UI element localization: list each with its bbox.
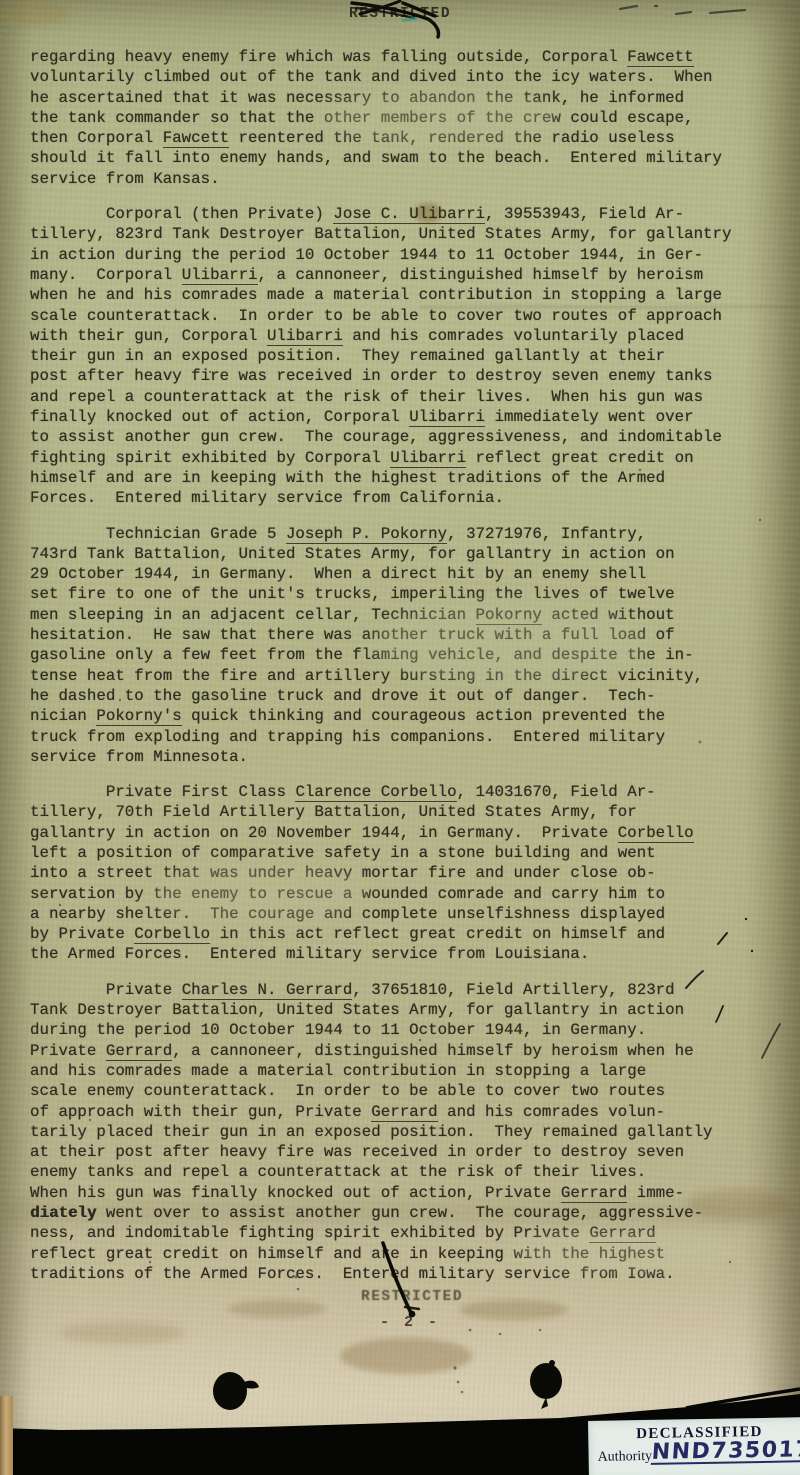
document-line: during the period 10 October 1944 to 11 …	[30, 1020, 792, 1040]
document-line: tillery, 823rd Tank Destroyer Battalion,…	[30, 224, 792, 244]
document-line: When his gun was finally knocked out of …	[30, 1183, 792, 1203]
paragraph: Technician Grade 5 Joseph P. Pokorny, 37…	[30, 524, 792, 768]
document-line: service from Minnesota.	[30, 747, 792, 767]
document-line: a nearby shelter. The courage and comple…	[30, 904, 792, 924]
paragraph: Corporal (then Private) Jose C. Ulibarri…	[30, 204, 792, 508]
document-line: at their post after heavy fire was recei…	[30, 1142, 792, 1162]
paragraph: Private Charles N. Gerrard, 37651810, Fi…	[30, 980, 792, 1284]
document-line: scale enemy counterattack. In order to b…	[30, 1081, 792, 1101]
document-line: the Armed Forces. Entered military servi…	[30, 944, 792, 964]
document-line: then Corporal Fawcett reentered the tank…	[30, 128, 792, 148]
document-line: voluntarily climbed out of the tank and …	[30, 67, 792, 87]
authority-label: Authority	[598, 1449, 653, 1465]
document-line: their gun in an exposed position. They r…	[30, 346, 792, 366]
document-line: scale counterattack. In order to be able…	[30, 306, 792, 326]
document-line: service from Kansas.	[30, 169, 792, 189]
scanned-document-page: regarding heavy enemy fire which was fal…	[0, 0, 800, 1475]
authority-number: NND735017	[651, 1440, 800, 1465]
document-line: Private Charles N. Gerrard, 37651810, Fi…	[30, 980, 792, 1000]
document-line: and his comrades made a material contrib…	[30, 1061, 792, 1081]
document-line: enemy tanks and repel a counterattack at…	[30, 1162, 792, 1182]
document-line: to assist another gun crew. The courage,…	[30, 427, 792, 447]
document-line: set fire to one of the unit's trucks, im…	[30, 584, 792, 604]
document-line: Tank Destroyer Battalion, United States …	[30, 1000, 792, 1020]
document-line: fighting spirit exhibited by Corporal Ul…	[30, 448, 792, 468]
document-line: should it fall into enemy hands, and swa…	[30, 148, 792, 168]
paragraph: regarding heavy enemy fire which was fal…	[30, 47, 792, 189]
document-line: Corporal (then Private) Jose C. Ulibarri…	[30, 204, 792, 224]
document-line: the tank commander so that the other mem…	[30, 108, 792, 128]
document-line: post after heavy fire was received in or…	[30, 366, 792, 386]
document-line: 743rd Tank Battalion, United States Army…	[30, 544, 792, 564]
document-text: regarding heavy enemy fire which was fal…	[30, 47, 792, 1284]
document-line: traditions of the Armed Forces. Entered …	[30, 1264, 792, 1284]
document-line: regarding heavy enemy fire which was fal…	[30, 47, 792, 67]
document-line: 29 October 1944, in Germany. When a dire…	[30, 564, 792, 584]
document-line: tarily placed their gun in an exposed po…	[30, 1122, 792, 1142]
authority-line: AuthorityNND735017	[597, 1441, 800, 1467]
document-line: truck from exploding and trapping his co…	[30, 727, 792, 747]
document-line: in action during the period 10 October 1…	[30, 245, 792, 265]
document-line: with their gun, Corporal Ulibarri and hi…	[30, 326, 792, 346]
document-line: reflect great credit on himself and are …	[30, 1244, 792, 1264]
document-line: gallantry in action on 20 November 1944,…	[30, 823, 792, 843]
document-line: when he and his comrades made a material…	[30, 285, 792, 305]
paragraph: Private First Class Clarence Corbello, 1…	[30, 782, 792, 965]
document-line: Technician Grade 5 Joseph P. Pokorny, 37…	[30, 524, 792, 544]
document-line: many. Corporal Ulibarri, a cannoneer, di…	[30, 265, 792, 285]
document-line: diately went over to assist another gun …	[30, 1203, 792, 1223]
document-line: he dashed to the gasoline truck and drov…	[30, 686, 792, 706]
page-number: - 2 -	[380, 1314, 440, 1331]
document-line: gasoline only a few feet from the flamin…	[30, 645, 792, 665]
document-line: of approach with their gun, Private Gerr…	[30, 1102, 792, 1122]
document-line: tillery, 70th Field Artillery Battalion,…	[30, 802, 792, 822]
document-line: Forces. Entered military service from Ca…	[30, 488, 792, 508]
binding-edge	[0, 1396, 13, 1475]
document-line: left a position of comparative safety in…	[30, 843, 792, 863]
document-line: finally knocked out of action, Corporal …	[30, 407, 792, 427]
document-line: into a street that was under heavy morta…	[30, 863, 792, 883]
document-line: by Private Corbello in this act reflect …	[30, 924, 792, 944]
document-line: nician Pokorny's quick thinking and cour…	[30, 706, 792, 726]
document-line: himself and are in keeping with the high…	[30, 468, 792, 488]
restricted-stamp-bottom: RESTRICTED	[361, 1289, 463, 1305]
declassified-sticker: DECLASSIFIED AuthorityNND735017	[588, 1417, 800, 1475]
document-line: Private Gerrard, a cannoneer, distinguis…	[30, 1041, 792, 1061]
restricted-stamp-top: RESTRICTED	[349, 6, 451, 22]
document-line: tense heat from the fire and artillery b…	[30, 666, 792, 686]
document-line: servation by the enemy to rescue a wound…	[30, 884, 792, 904]
document-line: men sleeping in an adjacent cellar, Tech…	[30, 605, 792, 625]
document-line: he ascertained that it was necessary to …	[30, 88, 792, 108]
document-line: hesitation. He saw that there was anothe…	[30, 625, 792, 645]
document-line: Private First Class Clarence Corbello, 1…	[30, 782, 792, 802]
document-line: ness, and indomitable fighting spirit ex…	[30, 1223, 792, 1243]
document-line: and repel a counterattack at the risk of…	[30, 387, 792, 407]
